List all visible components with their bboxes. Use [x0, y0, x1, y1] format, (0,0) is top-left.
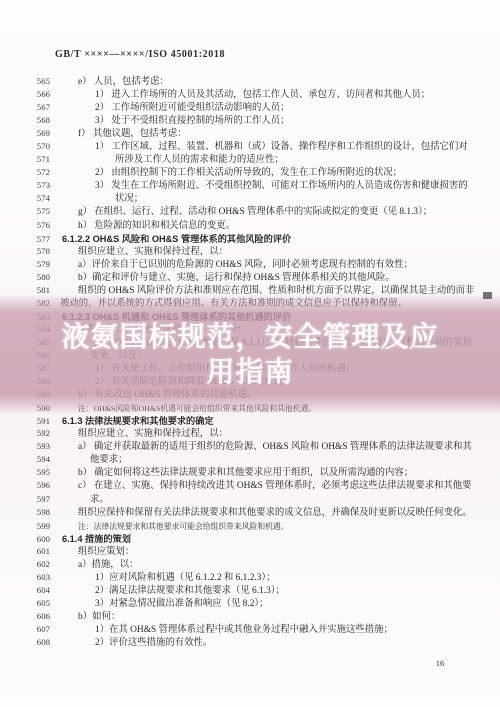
line-number: 591 [0, 416, 50, 426]
line-text: 3）对紧急情况做出准备和响应（见 8.2）； [50, 598, 268, 611]
document-line: 607 1）在其 OH&S 管理体系过程中或其他业务过程中融入并实施这些措施； [0, 624, 500, 637]
line-number: 608 [0, 637, 50, 647]
line-text: e） 人员，包括考虑： [50, 76, 169, 89]
line-number: 600 [0, 534, 50, 544]
line-text: f） 其他议题，包括考虑： [50, 128, 187, 141]
line-number: 579 [0, 259, 50, 269]
line-text: 2） 工作场所附近可能受组织活动影响的人员； [50, 102, 290, 115]
line-number: 566 [0, 89, 50, 99]
document-line: 566 1） 进入工作场所的人员及其活动，包括工作人员、承包方、访问者和其他人员… [0, 89, 500, 102]
line-number: 577 [0, 234, 50, 244]
line-text: a）评价来自于已识别的危险源的 OH&S 风险，同时必须考虑现有控制的有效性； [50, 259, 413, 272]
line-text: 组织应建立、实施和保持过程，以： [50, 428, 228, 441]
document-line: 591 6.1.3 法律法规要求和其他要求的确定 [0, 415, 500, 428]
line-number: 598 [0, 507, 50, 517]
line-number: 603 [0, 572, 50, 582]
document-line: 605 3）对紧急情况做出准备和响应（见 8.2）； [0, 598, 500, 611]
document-line: 573 3） 发生在工作场所附近、不受组织控制、可能对工作场所内的人员造成伤害和… [0, 180, 500, 193]
document-line: 592 组织应建立、实施和保持过程，以： [0, 428, 500, 441]
line-text: 所涉及工作人员的需求和能力的适应性； [50, 154, 284, 167]
document-line: 568 3） 处于不受组织直接控制的场所的工作人员； [0, 115, 500, 128]
line-number: 594 [0, 454, 50, 464]
line-number: 593 [0, 441, 50, 451]
line-number: 570 [0, 141, 50, 151]
line-number: 580 [0, 272, 50, 282]
line-number: 597 [0, 494, 50, 504]
line-text: 状况； [50, 193, 143, 206]
line-number: 592 [0, 428, 50, 438]
line-number: 606 [0, 611, 50, 621]
line-text: c） 在建立、实施、保持和持续改进其 OH&S 管理体系时，必须考虑这些法律法规… [50, 480, 472, 493]
line-number: 565 [0, 76, 50, 86]
document-line: 575 g） 在组织、运行、过程、活动和 OH&S 管理体系中的实际或拟定的变更… [0, 206, 500, 219]
line-text: 6.1.3 法律法规要求和其他要求的确定 [50, 415, 214, 428]
line-text: 1）应对风险和机遇（见 6.1.2.2 和 6.1.2.3）； [50, 572, 275, 585]
line-number: 604 [0, 585, 50, 595]
document-line: 565 e） 人员，包括考虑： [0, 76, 500, 89]
line-text: 1）在其 OH&S 管理体系过程中或其他业务过程中融入并实施这些措施； [50, 624, 393, 637]
line-text: 2）满足法律法规要求和其他要求（见 6.1.3）； [50, 585, 285, 598]
document-line: 608 2）评价这些措施的有效性。 [0, 637, 500, 650]
line-number: 578 [0, 246, 50, 256]
watermark-text-line1: 液氨国标规范，安全管理及应 [0, 320, 500, 355]
line-number: 601 [0, 546, 50, 556]
line-text: b）如何： [50, 611, 120, 624]
scan-artifact [483, 292, 492, 299]
watermark-text-line2: 用指南 [0, 355, 500, 390]
line-number: 605 [0, 598, 50, 608]
document-line: 601 组织应策划： [0, 546, 500, 559]
document-line: 603 1）应对风险和机遇（见 6.1.2.2 和 6.1.2.3）； [0, 572, 500, 585]
document-line: 580 b）确定和评价与建立、实施、运行和保持 OH&S 管理体系相关的其他风险… [0, 272, 500, 285]
document-line: 602 a）措施，以： [0, 559, 500, 572]
line-text: 3） 处于不受组织直接控制的场所的工作人员； [50, 115, 290, 128]
line-number: 572 [0, 167, 50, 177]
line-text: 1） 进入工作场所的人员及其活动，包括工作人员、承包方、访问者和其他人员； [50, 89, 430, 102]
document-line: 594 他要求； [0, 454, 500, 467]
line-number: 569 [0, 128, 50, 138]
line-text: 组织应建立、实施和保持过程，以： [50, 246, 228, 259]
line-number: 595 [0, 467, 50, 477]
line-text: 他要求； [50, 454, 128, 467]
document-line: 577 6.1.2.2 OH&S 风险和 OH&S 管理体系的其他风险的评价 [0, 233, 500, 246]
document-line: 574 状况； [0, 193, 500, 206]
document-page: GB/T ××××—××××/ISO 45001:2018 565 e） 人员，… [0, 0, 500, 707]
document-line: 600 6.1.4 措施的策划 [0, 533, 500, 546]
line-text: 组织应策划： [50, 546, 134, 559]
line-text: 6.1.2.2 OH&S 风险和 OH&S 管理体系的其他风险的评价 [50, 233, 291, 246]
line-text: b）确定和评价与建立、实施、运行和保持 OH&S 管理体系相关的其他风险。 [50, 272, 395, 285]
document-line: 571 所涉及工作人员的需求和能力的适应性； [0, 154, 500, 167]
document-line: 569 f） 其他议题，包括考虑： [0, 128, 500, 141]
document-line: 596 c） 在建立、实施、保持和持续改进其 OH&S 管理体系时，必须考虑这些… [0, 480, 500, 493]
line-text: h） 危险源的知识和相关信息的变更。 [50, 220, 235, 233]
page-number: 16 [430, 658, 450, 668]
line-text: 2） 由组织控制下的工作相关活动所导致的，发生在工作场所附近的状况； [50, 167, 402, 180]
line-number: 596 [0, 480, 50, 490]
document-line: 593 a） 确定并获取最新的适用于组织的危险源、OH&S 风险和 OH&S 管… [0, 441, 500, 454]
line-number: 576 [0, 220, 50, 230]
line-text: 注：法律法规要求和其他要求可能会给组织带来风险和机遇。 [50, 520, 289, 533]
line-number: 568 [0, 115, 50, 125]
document-line: 599 注：法律法规要求和其他要求可能会给组织带来风险和机遇。 [0, 520, 500, 533]
document-line: 578 组织应建立、实施和保持过程，以： [0, 246, 500, 259]
document-line: 606 b）如何： [0, 611, 500, 624]
document-line: 597 求。 [0, 494, 500, 507]
document-line: 567 2） 工作场所附近可能受组织活动影响的人员； [0, 102, 500, 115]
line-number: 575 [0, 206, 50, 216]
line-text: 6.1.4 措施的策划 [50, 533, 131, 546]
line-number: 567 [0, 102, 50, 112]
line-number: 607 [0, 624, 50, 634]
line-text: 1） 工作区域、过程、装置、机器和（或）设备、操作程序和工作组织的设计，包括它们… [50, 141, 468, 154]
line-text: 3） 发生在工作场所附近、不受组织控制、可能对工作场所内的人员造成伤害和健康损害… [50, 180, 468, 193]
document-line: 598 组织应保持和保留有关法律法规要求和其他要求的成文信息，并确保及时更新以反… [0, 507, 500, 520]
line-number: 573 [0, 180, 50, 190]
document-line: 570 1） 工作区域、过程、装置、机器和（或）设备、操作程序和工作组织的设计，… [0, 141, 500, 154]
document-line: 572 2） 由组织控制下的工作相关活动所导致的，发生在工作场所附近的状况； [0, 167, 500, 180]
line-number: 599 [0, 521, 50, 531]
document-line: 579 a）评价来自于已识别的危险源的 OH&S 风险，同时必须考虑现有控制的有… [0, 259, 500, 272]
line-number: 602 [0, 559, 50, 569]
line-text: 求。 [50, 494, 109, 507]
line-number: 574 [0, 193, 50, 203]
page-header: GB/T ××××—××××/ISO 45001:2018 [55, 49, 225, 60]
line-number: 571 [0, 154, 50, 164]
line-text: g） 在组织、运行、过程、活动和 OH&S 管理体系中的实际或拟定的变更（见 8… [50, 206, 432, 219]
line-text: a）措施，以： [50, 559, 138, 572]
document-line: 576 h） 危险源的知识和相关信息的变更。 [0, 220, 500, 233]
line-text: 2）评价这些措施的有效性。 [50, 637, 212, 650]
line-text: a） 确定并获取最新的适用于组织的危险源、OH&S 风险和 OH&S 管理体系的… [50, 441, 472, 454]
document-line: 604 2）满足法律法规要求和其他要求（见 6.1.3）； [0, 585, 500, 598]
watermark-text: 液氨国标规范，安全管理及应 用指南 [0, 320, 500, 389]
line-text: 组织应保持和保留有关法律法规要求和其他要求的成文信息，并确保及时更新以反映任何变… [50, 507, 472, 520]
line-text: b） 确定如何将这些法律法规要求和其他要求应用于组织，以及所需沟通的内容； [50, 467, 413, 480]
document-line: 595 b） 确定如何将这些法律法规要求和其他要求应用于组织，以及所需沟通的内容… [0, 467, 500, 480]
